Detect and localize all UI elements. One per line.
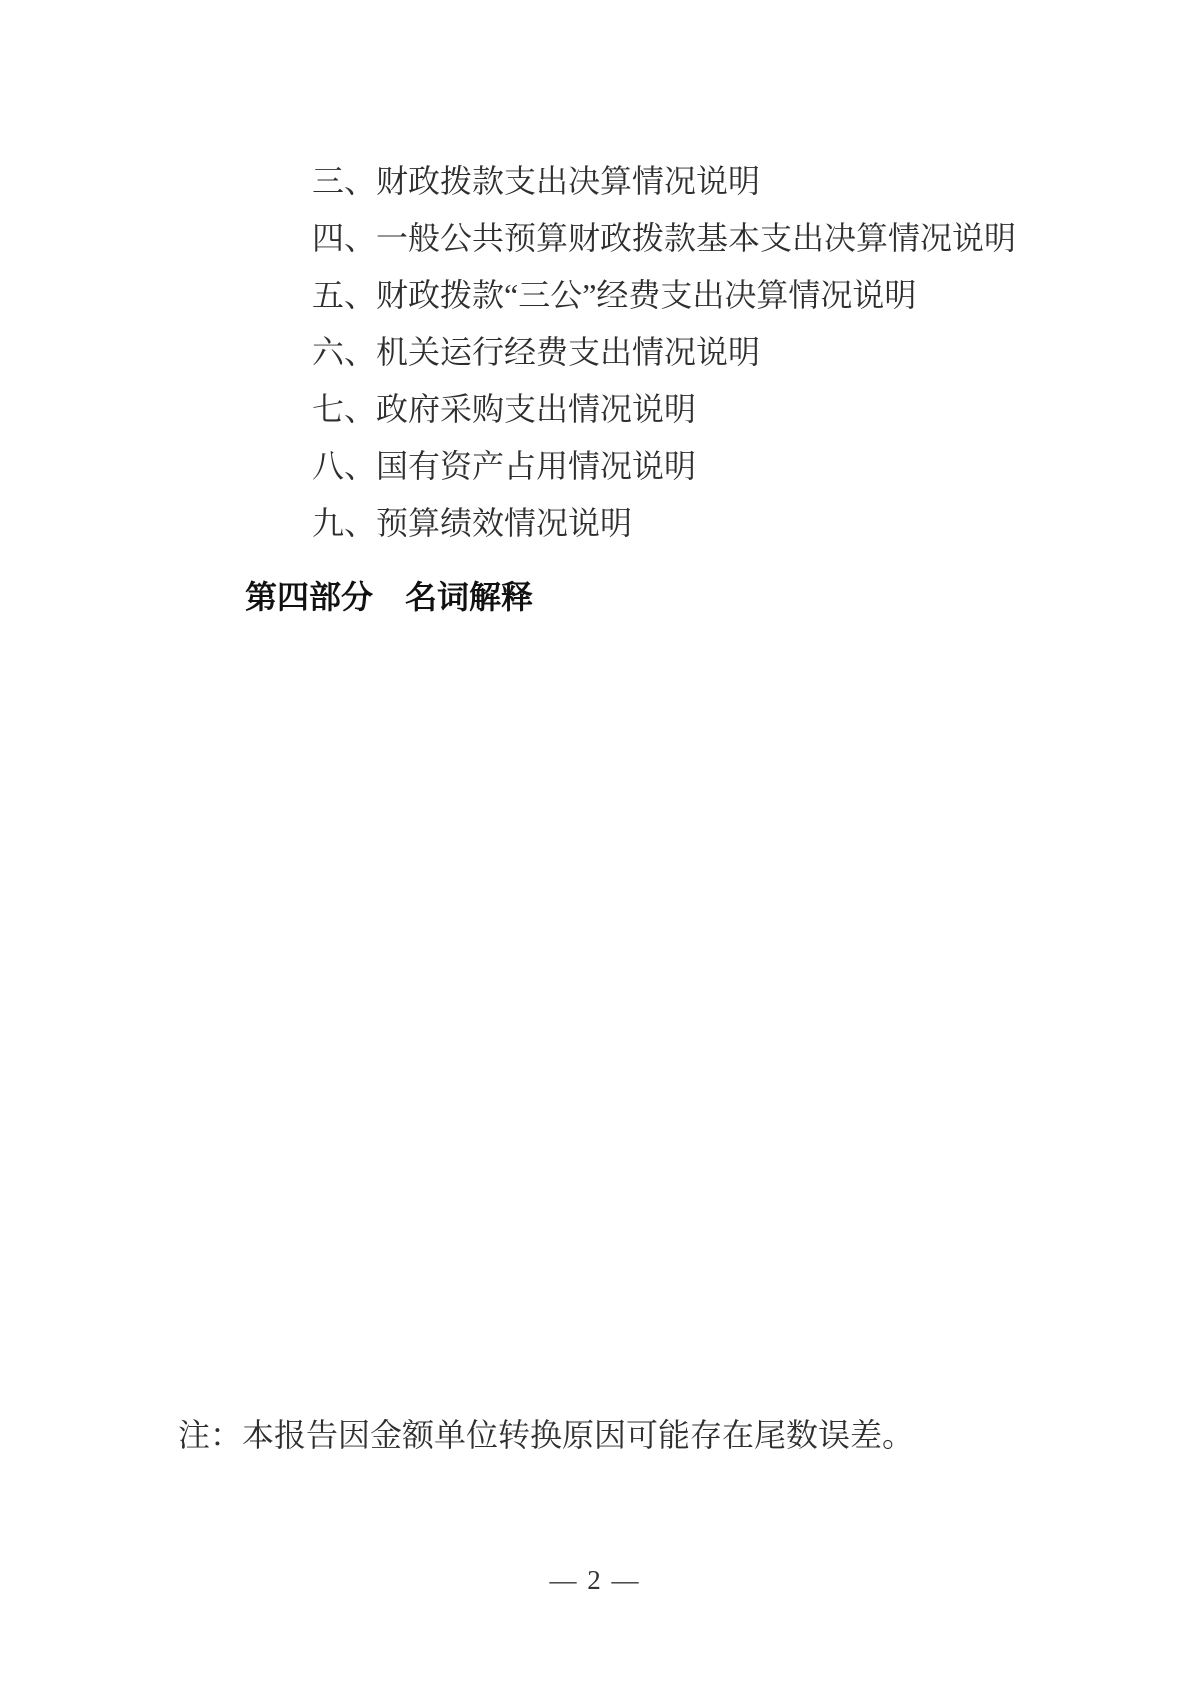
toc-item-5: 五、财政拨款“三公”经费支出决算情况说明 [312,267,1130,324]
section-heading-part-four: 第四部分 名词解释 [245,575,533,619]
page-number: — 2 — [0,1560,1190,1600]
toc-item-9: 九、预算绩效情况说明 [312,495,1130,552]
footnote: 注：本报告因金额单位转换原因可能存在尾数误差。 [178,1412,914,1458]
toc-item-6: 六、机关运行经费支出情况说明 [312,324,1130,381]
table-of-contents: 三、财政拨款支出决算情况说明 四、一般公共预算财政拨款基本支出决算情况说明 五、… [312,153,1130,552]
toc-item-8: 八、国有资产占用情况说明 [312,438,1130,495]
document-page: 三、财政拨款支出决算情况说明 四、一般公共预算财政拨款基本支出决算情况说明 五、… [0,0,1190,1683]
toc-item-3: 三、财政拨款支出决算情况说明 [312,153,1130,210]
toc-item-4: 四、一般公共预算财政拨款基本支出决算情况说明 [312,210,1130,267]
toc-item-7: 七、政府采购支出情况说明 [312,381,1130,438]
